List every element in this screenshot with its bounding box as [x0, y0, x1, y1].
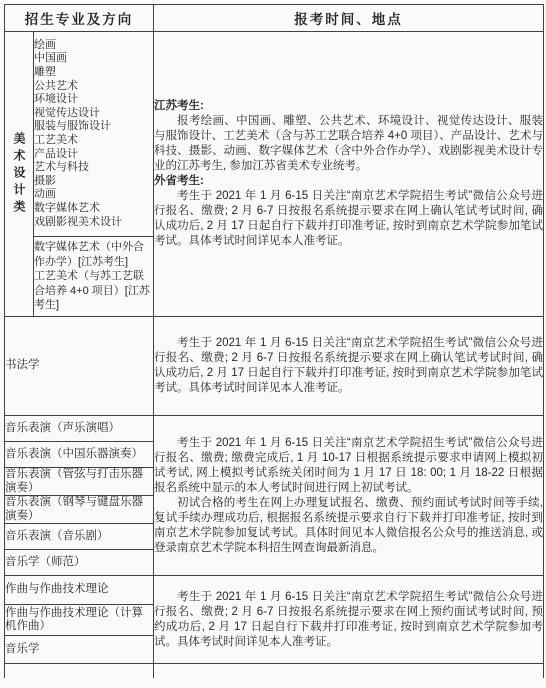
major-cell-calligraphy: 书法学	[5, 317, 154, 416]
major-item: 公共艺术	[34, 80, 153, 94]
music-performance-info-cell: 考生于 2021 年 1 月 6-15 日关注“南京艺术学院招生考试”微信公众号…	[154, 416, 544, 576]
jiangsu-candidates-label: 江苏考生:	[154, 99, 543, 114]
composition-info-text: 考生于 2021 年 1 月 6-15 日关注“南京艺术学院招生考试”微信公众号…	[154, 590, 543, 650]
calligraphy-info-text: 考生于 2021 年 1 月 6-15 日关注“南京艺术学院招生考试”微信公众号…	[154, 336, 543, 396]
major-item: 服装与服饰设计	[34, 120, 153, 134]
joint-programs-cell: 数字媒体艺术（中外合作办学）[江苏考生] 工艺美术（与苏工艺联合培养 4+0 项…	[34, 237, 154, 317]
admission-schedule-table: 招生专业及方向 报考时间、地点 美术设计类 绘画 中国画 雕塑 公共艺术 环境设…	[4, 4, 544, 678]
major-cell-musicology-teacher: 音乐学（师范）	[5, 550, 154, 576]
major-item: 动画	[34, 188, 153, 202]
other-province-candidates-text: 考生于 2021 年 1 月 6-15 日关注“南京艺术学院招生考试”微信公众号…	[154, 189, 543, 249]
major-cell-musicology: 音乐学	[5, 636, 154, 664]
joint-program-item: 数字媒体艺术（中外合作办学）[江苏考生]	[34, 240, 153, 269]
other-province-candidates-label: 外省考生:	[154, 174, 543, 189]
major-item: 中国画	[34, 52, 153, 66]
header-time-place-column: 报考时间、地点	[154, 5, 544, 32]
major-cell-musical-theatre: 音乐表演（音乐剧）	[5, 524, 154, 550]
cutoff-right-cell	[154, 664, 544, 678]
art-design-majors-cell: 绘画 中国画 雕塑 公共艺术 环境设计 视觉传达设计 服装与服饰设计 工艺美术 …	[34, 32, 154, 237]
major-cell-composition: 作曲与作曲技术理论	[5, 576, 154, 605]
major-item: 环境设计	[34, 93, 153, 107]
table-header-row: 招生专业及方向 报考时间、地点	[5, 5, 544, 32]
joint-program-item: 工艺美术（与苏工艺联合培养 4+0 项目）[江苏考生]	[34, 269, 153, 313]
scanned-admission-table-page: 招生专业及方向 报考时间、地点 美术设计类 绘画 中国画 雕塑 公共艺术 环境设…	[0, 0, 546, 688]
major-cell-orchestral-percussion: 音乐表演（管弦与打击乐器演奏）	[5, 468, 154, 496]
table-row-cutoff	[5, 664, 544, 678]
major-cell-chinese-instruments: 音乐表演（中国乐器演奏）	[5, 442, 154, 468]
major-item: 戏剧影视美术设计	[34, 216, 153, 230]
header-specialty-column: 招生专业及方向	[5, 5, 154, 32]
table-row: 美术设计类 绘画 中国画 雕塑 公共艺术 环境设计 视觉传达设计 服装与服饰设计…	[5, 32, 544, 237]
composition-info-cell: 考生于 2021 年 1 月 6-15 日关注“南京艺术学院招生考试”微信公众号…	[154, 576, 544, 664]
cutoff-left-cell	[5, 664, 154, 678]
music-info-paragraph-1: 考生于 2021 年 1 月 6-15 日关注“南京艺术学院招生考试”微信公众号…	[154, 436, 543, 496]
jiangsu-candidates-text: 报考绘画、中国画、雕塑、公共艺术、环境设计、视觉传达设计、服装与服饰设计、工艺美…	[154, 114, 543, 174]
major-item: 雕塑	[34, 66, 153, 80]
major-item: 绘画	[34, 39, 153, 53]
table-row: 作曲与作曲技术理论 考生于 2021 年 1 月 6-15 日关注“南京艺术学院…	[5, 576, 544, 605]
music-info-paragraph-2: 初试合格的考生在网上办理复试报名、缴费、预约面试考试时间等手续, 复试手续办理成…	[154, 496, 543, 556]
major-cell-piano-keyboard: 音乐表演（钢琴与键盘乐器演奏）	[5, 496, 154, 524]
major-item: 产品设计	[34, 148, 153, 162]
major-item: 摄影	[34, 175, 153, 189]
major-item: 视觉传达设计	[34, 107, 153, 121]
major-item: 艺术与科技	[34, 161, 153, 175]
major-cell-vocal: 音乐表演（声乐演唱）	[5, 416, 154, 442]
major-item: 数字媒体艺术	[34, 202, 153, 216]
major-cell-computer-composition: 作曲与作曲技术理论（计算机作曲）	[5, 605, 154, 636]
category-cell-art-design: 美术设计类	[5, 32, 34, 317]
art-design-info-cell: 江苏考生: 报考绘画、中国画、雕塑、公共艺术、环境设计、视觉传达设计、服装与服饰…	[154, 32, 544, 317]
table-row: 书法学 考生于 2021 年 1 月 6-15 日关注“南京艺术学院招生考试”微…	[5, 317, 544, 416]
calligraphy-info-cell: 考生于 2021 年 1 月 6-15 日关注“南京艺术学院招生考试”微信公众号…	[154, 317, 544, 416]
major-item: 工艺美术	[34, 134, 153, 148]
category-label: 美术设计类	[13, 132, 25, 217]
table-row: 音乐表演（声乐演唱） 考生于 2021 年 1 月 6-15 日关注“南京艺术学…	[5, 416, 544, 442]
